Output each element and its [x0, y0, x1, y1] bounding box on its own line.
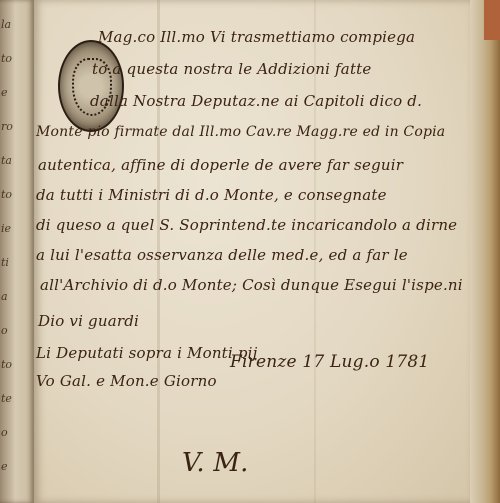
- left-page-fragment: te: [1, 392, 12, 405]
- signatory-line: Vo Gal. e Mon.e Giorno: [36, 372, 217, 390]
- left-page-fragment: la: [1, 18, 11, 31]
- left-page-fragment: to: [1, 358, 12, 371]
- left-page-fragment: e: [1, 86, 8, 99]
- text-line: Monte pio firmate dal Ill.mo Cav.re Magg…: [36, 124, 445, 140]
- left-page-fragment: ta: [1, 154, 12, 167]
- signatory-line: Li Deputati sopra i Monti pij: [36, 344, 258, 362]
- closing-salutation: Dio vi guardi: [38, 312, 139, 330]
- embossed-seal-icon: [58, 40, 124, 132]
- text-line: dalla Nostra Deputaz.ne ai Capitoli dico…: [90, 92, 422, 110]
- text-line: Mag.co Ill.mo Vi trasmettiamo compiega: [98, 28, 415, 46]
- left-page-fragment: to: [1, 188, 12, 201]
- text-line: autentica, affine di doperle de avere fa…: [38, 156, 403, 174]
- left-page-fragment: o: [1, 426, 8, 439]
- left-page-fragment: e: [1, 460, 8, 473]
- manuscript-page: Mag.co Ill.mo Vi trasmettiamo compiega t…: [34, 0, 470, 503]
- text-line: all'Archivio di d.o Monte; Così dunque E…: [40, 276, 463, 294]
- initials-signature: V. M.: [182, 448, 249, 478]
- text-line: di queso a quel S. Soprintend.te incaric…: [36, 216, 457, 234]
- page-edge: [470, 0, 500, 503]
- text-line: to a questa nostra le Addizioni fatte: [92, 60, 371, 78]
- left-facing-page: la to e ro ta to ie ti a o to te o e: [0, 0, 34, 503]
- left-page-fragment: o: [1, 324, 8, 337]
- text-line: a lui l'esatta osservanza delle med.e, e…: [36, 246, 408, 264]
- photo-background: la to e ro ta to ie ti a o to te o e Mag…: [0, 0, 500, 503]
- left-page-fragment: a: [1, 290, 8, 303]
- left-page-fragment: ti: [1, 256, 9, 269]
- left-page-fragment: ie: [1, 222, 11, 235]
- left-page-fragment: ro: [1, 120, 13, 133]
- text-line: da tutti i Ministri di d.o Monte, e cons…: [36, 186, 387, 204]
- dateline: Firenze 17 Lug.o 1781: [230, 352, 429, 372]
- binding-corner: [484, 0, 500, 40]
- left-page-fragment: to: [1, 52, 12, 65]
